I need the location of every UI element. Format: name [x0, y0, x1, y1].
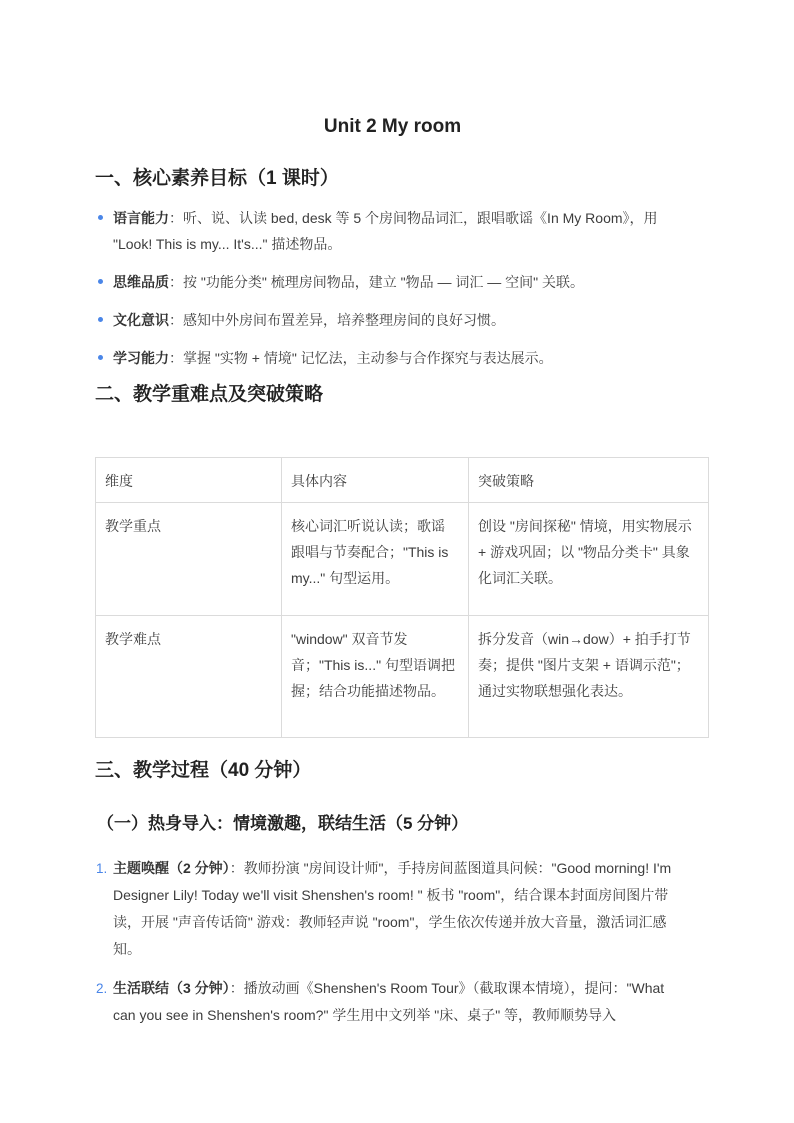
list-item: 学习能力：掌握 "实物 + 情境" 记忆法，主动参与合作探究与表达展示。: [95, 345, 690, 371]
section-2-heading: 二、教学重难点及突破策略: [95, 383, 690, 407]
section-1-heading: 一、核心素养目标（1 课时）: [95, 167, 690, 191]
table-row: 教学难点 "window" 双音节发音；"This is..." 句型语调把握；…: [96, 616, 709, 738]
step-label: 主题唤醒（2 分钟）: [113, 860, 230, 876]
list-item: 语言能力：听、说、认读 bed, desk 等 5 个房间物品词汇，跟唱歌谣《I…: [95, 205, 690, 257]
goal-text: 按 "功能分类" 梳理房间物品，建立 "物品 — 词汇 — 空间" 关联。: [183, 274, 584, 290]
step-separator: ：: [230, 860, 244, 876]
goal-separator: ：: [169, 312, 183, 328]
list-item: 1. 主题唤醒（2 分钟）：教师扮演 "房间设计师"，手持房间蓝图道具问候："G…: [95, 855, 690, 963]
cell-dimension: 教学重点: [96, 503, 282, 616]
step-number: 2.: [96, 975, 107, 1002]
cell-strategy: 创设 "房间探秘" 情境，用实物展示 + 游戏巩固；以 "物品分类卡" 具象化词…: [469, 503, 709, 616]
goal-label: 思维品质: [113, 274, 169, 290]
bullet-icon: [98, 355, 103, 360]
goal-label: 文化意识: [113, 312, 169, 328]
goal-text: 感知中外房间布置差异，培养整理房间的良好习惯。: [183, 312, 505, 328]
step-separator: ：: [230, 980, 244, 996]
subsection-heading: （一）热身导入：情境激趣，联结生活（5 分钟）: [97, 811, 690, 836]
step-label: 生活联结（3 分钟）: [113, 980, 230, 996]
cell-detail: "window" 双音节发音；"This is..." 句型语调把握；结合功能描…: [282, 616, 469, 738]
bullet-icon: [98, 317, 103, 322]
document-page: Unit 2 My room 一、核心素养目标（1 课时） 语言能力：听、说、认…: [0, 0, 794, 1123]
list-item: 思维品质：按 "功能分类" 梳理房间物品，建立 "物品 — 词汇 — 空间" 关…: [95, 269, 690, 295]
table-row: 教学重点 核心词汇听说认读；歌谣跟唱与节奏配合；"This is my..." …: [96, 503, 709, 616]
goal-label: 学习能力: [113, 350, 169, 366]
goal-text: 听、说、认读 bed, desk 等 5 个房间物品词汇，跟唱歌谣《In My …: [113, 210, 658, 252]
table-header-row: 维度 具体内容 突破策略: [96, 458, 709, 503]
page-title: Unit 2 My room: [95, 113, 690, 141]
goal-separator: ：: [169, 210, 183, 226]
list-item: 2. 生活联结（3 分钟）：播放动画《Shenshen's Room Tour》…: [95, 975, 690, 1029]
core-goals-list: 语言能力：听、说、认读 bed, desk 等 5 个房间物品词汇，跟唱歌谣《I…: [95, 205, 690, 371]
goal-separator: ：: [169, 350, 183, 366]
goal-label: 语言能力: [113, 210, 169, 226]
column-header-detail: 具体内容: [282, 458, 469, 503]
key-points-table: 维度 具体内容 突破策略 教学重点 核心词汇听说认读；歌谣跟唱与节奏配合；"Th…: [95, 457, 709, 738]
teaching-steps-list: 1. 主题唤醒（2 分钟）：教师扮演 "房间设计师"，手持房间蓝图道具问候："G…: [95, 855, 690, 1029]
column-header-dimension: 维度: [96, 458, 282, 503]
cell-strategy: 拆分发音（win→dow）+ 拍手打节奏；提供 "图片支架 + 语调示范"；通过…: [469, 616, 709, 738]
goal-text: 掌握 "实物 + 情境" 记忆法，主动参与合作探究与表达展示。: [183, 350, 553, 366]
step-number: 1.: [96, 855, 107, 882]
cell-detail: 核心词汇听说认读；歌谣跟唱与节奏配合；"This is my..." 句型运用。: [282, 503, 469, 616]
goal-separator: ：: [169, 274, 183, 290]
bullet-icon: [98, 279, 103, 284]
cell-dimension: 教学难点: [96, 616, 282, 738]
bullet-icon: [98, 215, 103, 220]
column-header-strategy: 突破策略: [469, 458, 709, 503]
section-3-heading: 三、教学过程（40 分钟）: [95, 759, 690, 783]
list-item: 文化意识：感知中外房间布置差异，培养整理房间的良好习惯。: [95, 307, 690, 333]
